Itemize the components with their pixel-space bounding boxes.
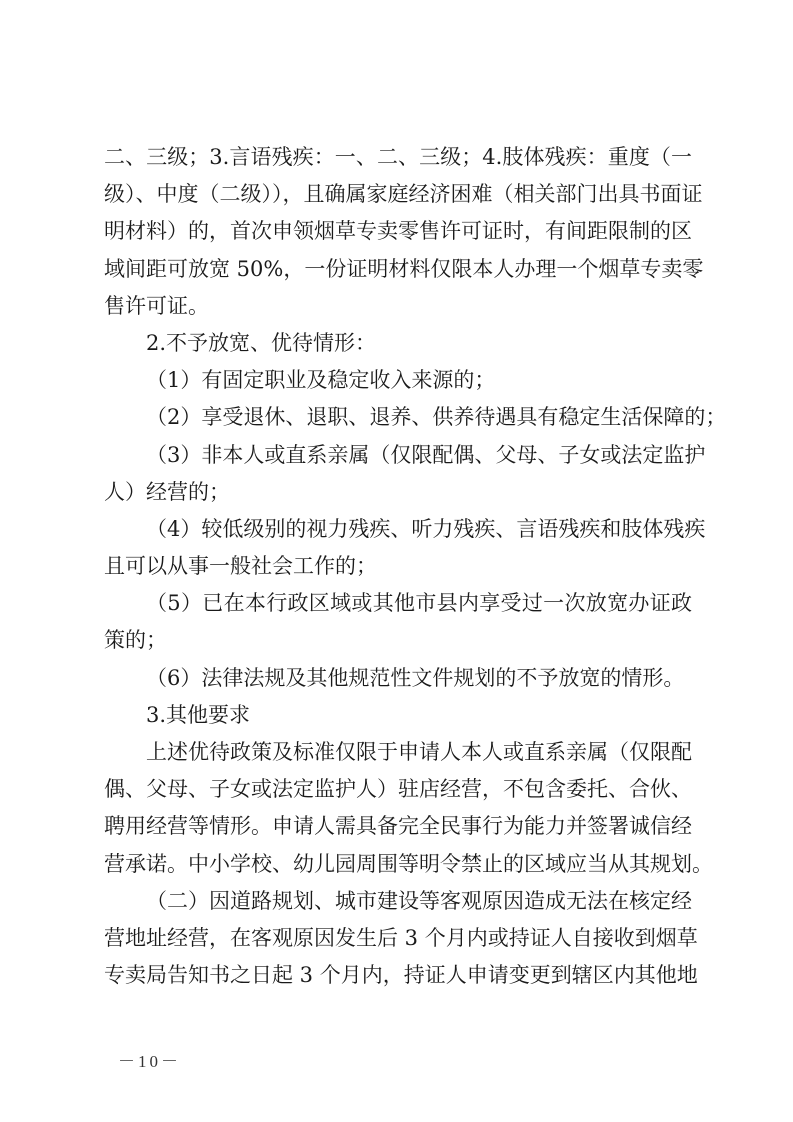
text-line: 二、三级；3.言语残疾：一、二、三级；4.肢体残疾：重度（一 xyxy=(104,139,692,176)
text-line: 售许可证。 xyxy=(104,288,692,325)
paragraph-line: 专卖局告知书之日起 3 个月内，持证人申请变更到辖区内其他地 xyxy=(104,957,692,994)
paragraph-line: 营承诺。中小学校、幼儿园周围等明令禁止的区域应当从其规划。 xyxy=(104,846,692,883)
text-line: 且可以从事一般社会工作的； xyxy=(104,548,692,585)
text-line: 域间距可放宽 50%，一份证明材料仅限本人办理一个烟草专卖零 xyxy=(104,251,692,288)
list-item: （2）享受退休、退职、退养、供养待遇具有稳定生活保障的； xyxy=(104,399,692,436)
document-body: 二、三级；3.言语残疾：一、二、三级；4.肢体残疾：重度（一 级）、中度（二级）… xyxy=(104,139,692,994)
section-heading: 2.不予放宽、优待情形： xyxy=(104,325,692,362)
page-number: －10－ xyxy=(118,1047,181,1072)
list-item: （3）非本人或直系亲属（仅限配偶、父母、子女或法定监护 xyxy=(104,437,692,474)
paragraph-line: 营地址经营，在客观原因发生后 3 个月内或持证人自接收到烟草 xyxy=(104,920,692,957)
list-item: （6）法律法规及其他规范性文件规划的不予放宽的情形。 xyxy=(104,660,692,697)
text-line: 策的； xyxy=(104,622,692,659)
paragraph-line: （二）因道路规划、城市建设等客观原因造成无法在核定经 xyxy=(104,883,692,920)
text-line: 明材料）的，首次申领烟草专卖零售许可证时，有间距限制的区 xyxy=(104,213,692,250)
list-item: （1）有固定职业及稳定收入来源的； xyxy=(104,362,692,399)
section-heading: 3.其他要求 xyxy=(104,697,692,734)
paragraph-line: 聘用经营等情形。申请人需具备完全民事行为能力并签署诚信经 xyxy=(104,808,692,845)
text-line: 级）、中度（二级）），且确属家庭经济困难（相关部门出具书面证 xyxy=(104,176,692,213)
list-item: （4）较低级别的视力残疾、听力残疾、言语残疾和肢体残疾 xyxy=(104,511,692,548)
list-item: （5）已在本行政区域或其他市县内享受过一次放宽办证政 xyxy=(104,585,692,622)
paragraph-line: 偶、父母、子女或法定监护人）驻店经营，不包含委托、合伙、 xyxy=(104,771,692,808)
paragraph-line: 上述优待政策及标准仅限于申请人本人或直系亲属（仅限配 xyxy=(104,734,692,771)
text-line: 人）经营的； xyxy=(104,474,692,511)
